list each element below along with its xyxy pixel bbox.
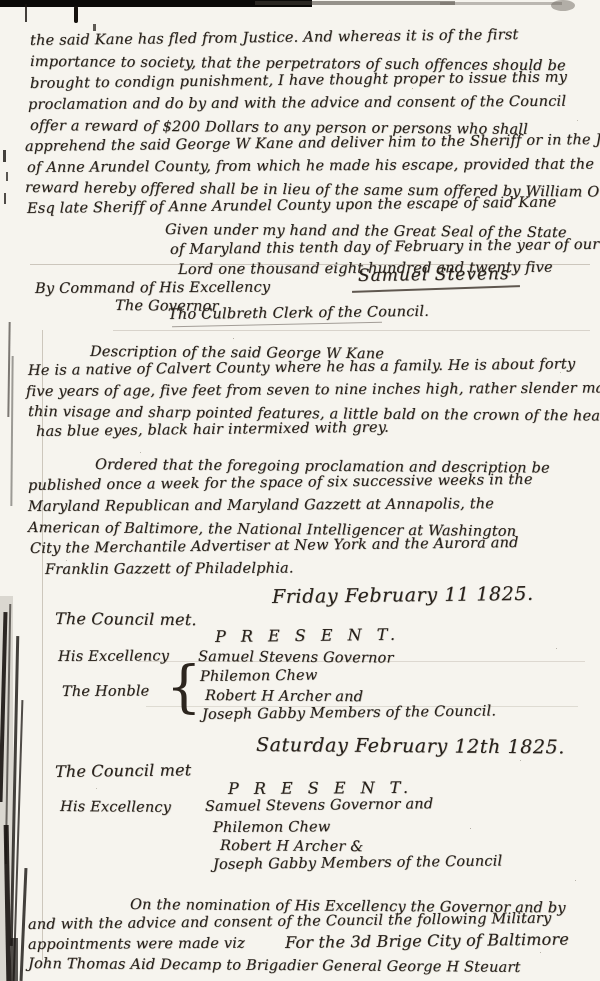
scan-artifact-streak: [7, 322, 10, 417]
honble-label: The Honble: [62, 683, 150, 701]
session-date-heading: Saturday February 12th 1825.: [256, 734, 565, 759]
council-member-line: Robert H Archer and: [205, 688, 363, 707]
order-line: Maryland Republican and Maryland Gazzett…: [28, 496, 494, 516]
governor-present-line: Samuel Stevens Governor: [198, 649, 394, 668]
description-line: five years of age, five feet from seven …: [26, 380, 600, 401]
order-line: Franklin Gazzett of Philadelphia.: [45, 560, 294, 579]
present-heading: P R E S E N T.: [215, 625, 400, 646]
brace-icon: {: [166, 660, 202, 716]
council-member-line: Samuel Stevens Governor and: [205, 796, 433, 816]
appointment-line: John Thomas Aid Decamp to Brigadier Gene…: [28, 956, 521, 977]
scan-artifact-streak: [3, 150, 6, 162]
testimonium-line: of Maryland this tenth day of February i…: [170, 237, 600, 260]
description-line: has blue eyes, black hair intermixed wit…: [36, 420, 389, 442]
council-met-line: The Council met.: [55, 609, 197, 629]
ruled-line: [113, 330, 590, 331]
signature-flourish: [352, 285, 520, 293]
order-line: City the Merchantile Advertiser at New Y…: [30, 535, 519, 558]
attestation-clerk: Tho Culbreth Clerk of the Council.: [168, 304, 429, 325]
paper-noise: [0, 0, 1, 1]
manuscript-page: the said Kane has fled from Justice. And…: [0, 0, 600, 981]
scan-artifact-streak: [6, 172, 8, 181]
scan-artifact-streak: [10, 356, 13, 506]
council-member-line: Philemon Chew: [200, 668, 318, 687]
proclamation-line: Esq late Sheriff of Anne Arundel County …: [27, 195, 557, 219]
order-line: published once a week for the space of s…: [28, 472, 533, 496]
council-met-line: The Council met: [55, 760, 192, 781]
scan-artifact-streak: [4, 193, 6, 204]
present-heading: P R E S E N T.: [228, 778, 413, 798]
council-member-line: Robert H Archer &: [220, 838, 364, 857]
appointment-line: appointments were made viz: [28, 936, 245, 955]
scan-artifact-top-band: [255, 1, 455, 5]
scan-artifact-drip: [93, 24, 96, 31]
council-member-line: Joseph Gabby Members of the Council.: [202, 703, 496, 724]
proclamation-line: brought to condign punishment, I have th…: [30, 69, 567, 93]
appointment-line: For the 3d Brige City of Baltimore: [285, 930, 569, 953]
proclamation-line: proclamation and do by and with the advi…: [28, 94, 566, 115]
scan-artifact-streak: [11, 938, 18, 981]
proclamation-line: of Anne Arundel County, from which he ma…: [27, 157, 594, 178]
scan-artifact-drip: [74, 6, 78, 23]
scan-artifact-tick: [25, 4, 27, 22]
excellency-label: His Excellency: [60, 799, 171, 817]
council-member-line: Joseph Gabby Members of the Council: [213, 853, 503, 874]
scan-artifact-blob: [551, 0, 575, 11]
scan-artifact-streak: [20, 868, 28, 981]
attestation-by-command: By Command of His Excellency: [35, 280, 270, 299]
governor-signature: Samuel Stevens: [358, 264, 510, 286]
council-member-line: Philemon Chew: [213, 819, 331, 837]
proclamation-line: the said Kane has fled from Justice. And…: [30, 27, 519, 50]
session-date-heading: Friday February 11 1825.: [272, 583, 534, 609]
scan-artifact-top-band: [440, 2, 562, 5]
excellency-label: His Excellency: [58, 648, 169, 666]
